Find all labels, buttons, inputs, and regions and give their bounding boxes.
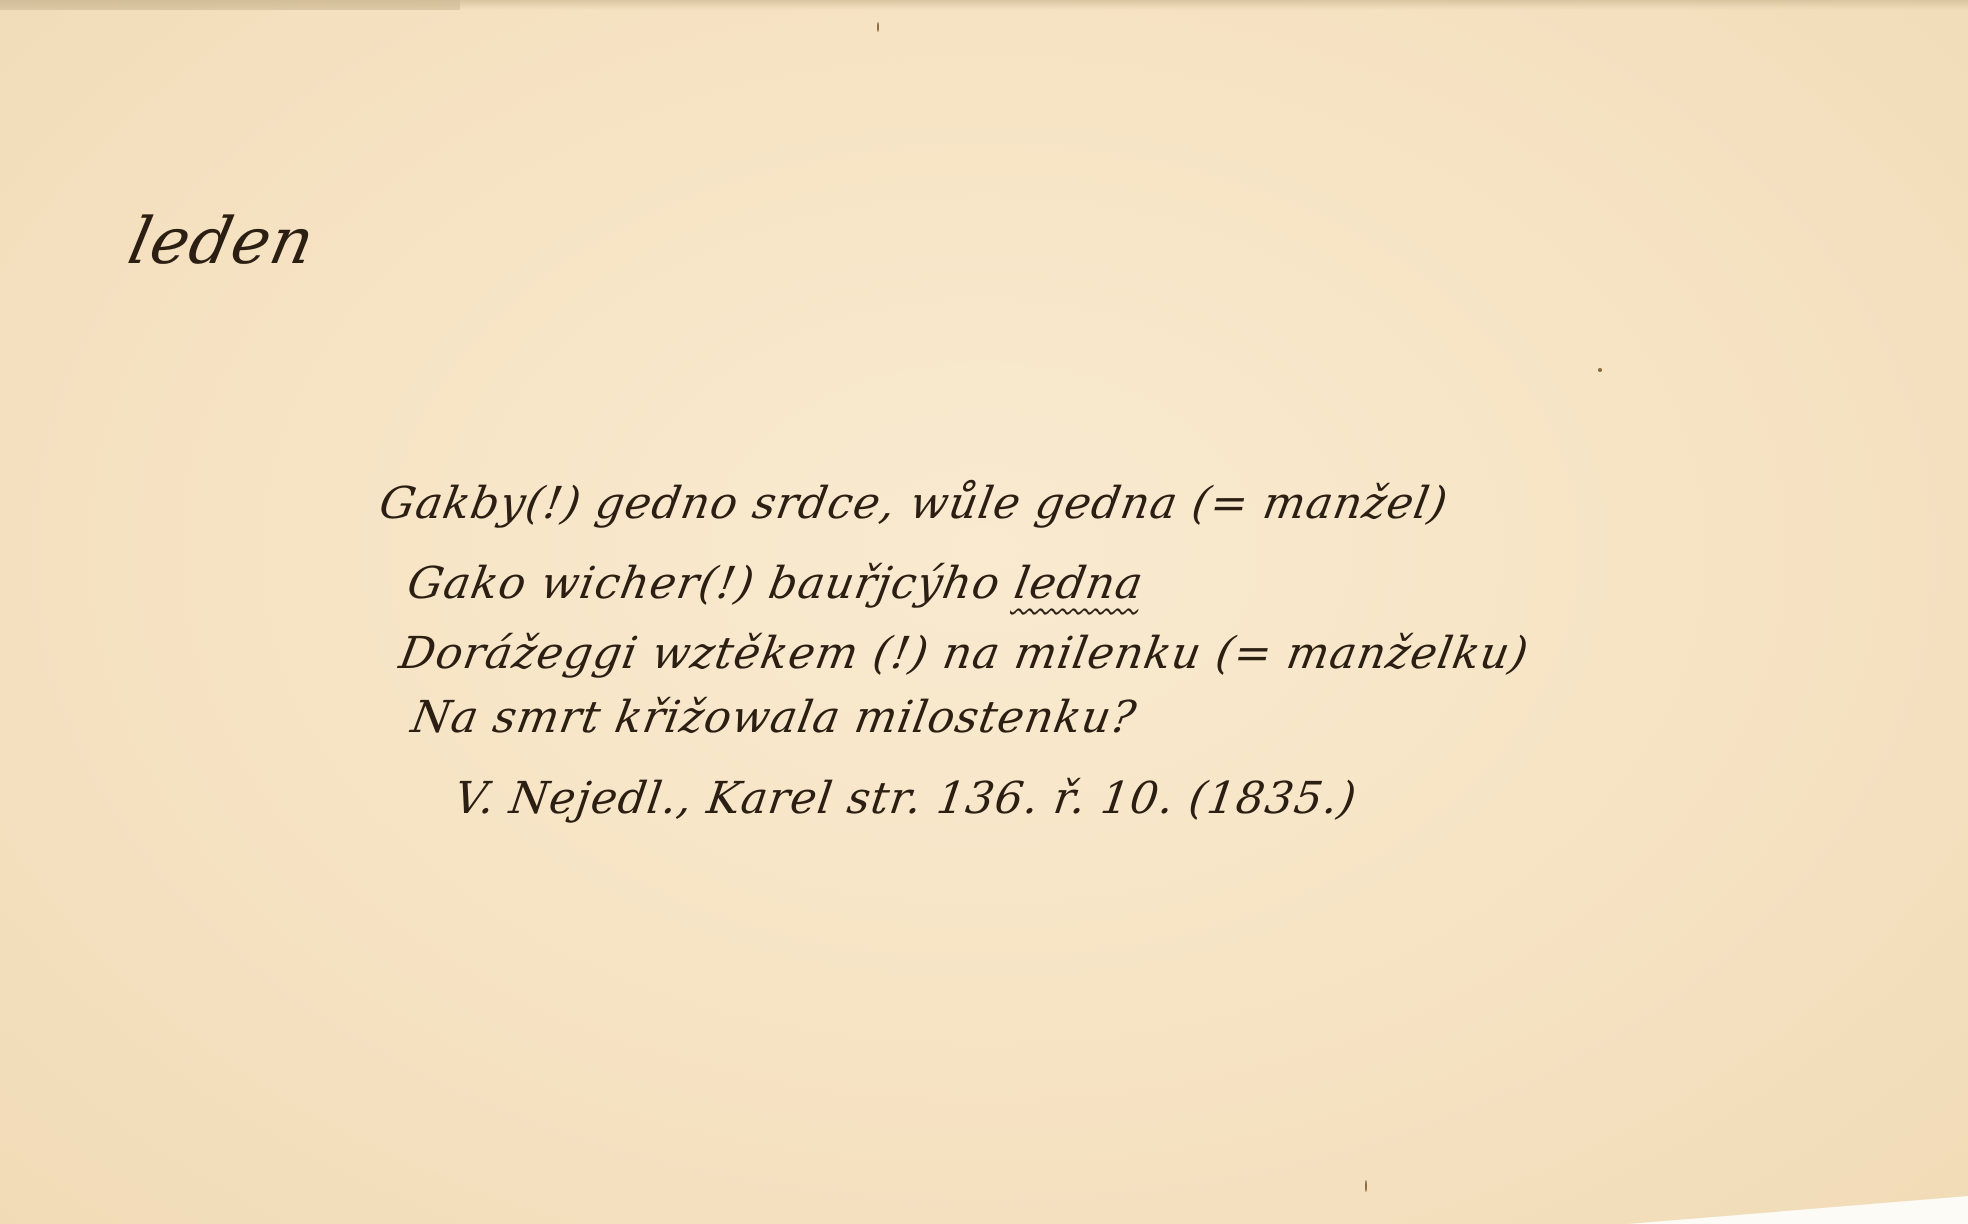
underlined-headword-occurrence: ledna bbox=[1011, 558, 1148, 609]
quote-line-1: Gakby(!) gedno srdce, wůle gedna (= manž… bbox=[376, 478, 1452, 529]
quote-line-3: Dorážeggi wztěkem (!) na milenku (= manž… bbox=[396, 628, 1533, 679]
source-citation: V. Nejedl., Karel str. 136. ř. 10. (1835… bbox=[451, 773, 1360, 824]
quote-line-2: Gako wicher(!) bauřjcýho ledna bbox=[404, 558, 1148, 609]
paper-speck bbox=[1365, 1180, 1367, 1192]
card-top-left-shade bbox=[0, 0, 460, 10]
paper-speck bbox=[877, 22, 879, 32]
index-card: leden Gakby(!) gedno srdce, wůle gedna (… bbox=[0, 0, 1968, 1224]
card-bottom-right-corner bbox=[1628, 1196, 1968, 1224]
headword: leden bbox=[122, 205, 321, 279]
quote-line-4: Na smrt křižowala milostenku? bbox=[408, 692, 1141, 743]
quote-line-2-text: Gako wicher(!) bauřjcýho bbox=[404, 558, 1020, 609]
paper-speck bbox=[1598, 368, 1602, 372]
